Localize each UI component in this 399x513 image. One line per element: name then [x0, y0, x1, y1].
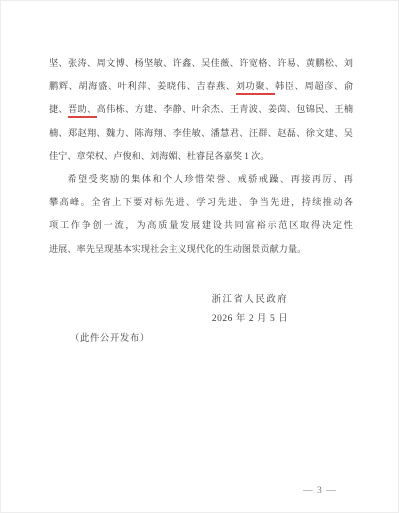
name-list-line: 佳宁、章荣权、卢俊和、刘海媚、杜睿昆各嘉奖 1 次。 — [49, 145, 353, 168]
issuer-signature: 浙江省人民政府 — [187, 291, 313, 310]
name-list-line: 楠、郑赵翔、魏力、陈海翔、李佳敏、潘慧君、汪群、赵磊、徐文建、吴 — [49, 122, 353, 145]
name-list-line: 鹏辉、胡海盛、叶利萍、姜晓伟、吉春燕、刘功聚、韩臣、周超彦、俞 — [49, 75, 353, 98]
name-list-text: 捷、 — [49, 104, 68, 114]
closing-text: 攀高峰。全省上下要对标先进、学习先进、争当先进，持续推动各 — [49, 197, 353, 207]
name-list-text: 鹏辉、胡海盛、叶利萍、姜晓伟、吉春燕、 — [49, 81, 236, 91]
name-list-text: 楠、郑赵翔、魏力、陈海翔、李佳敏、潘慧君、汪群、赵磊、徐文建、吴 — [49, 128, 353, 138]
body-text: 坚、张涛、周文博、杨坚敏、许鑫、吴佳薇、许宽格、许易、黄鹏松、刘 鹏辉、胡海盛、… — [49, 52, 353, 261]
closing-paragraph-line: 进展、率先呈现基本实现社会主义现代化的生动图景贡献力量。 — [49, 238, 353, 261]
name-list-line: 坚、张涛、周文博、杨坚敏、许鑫、吴佳薇、许宽格、许易、黄鹏松、刘 — [49, 52, 353, 75]
signature-block: 浙江省人民政府 2026 年 2 月 5 日 — [187, 291, 313, 328]
red-underlined-name: 晋助、 — [68, 104, 97, 118]
closing-text: 项工作争创一流，为高质量发展建设共同富裕示范区取得决定性 — [49, 220, 353, 230]
public-release-note: （此件公开发布） — [70, 332, 150, 346]
issue-date: 2026 年 2 月 5 日 — [187, 310, 313, 328]
red-underlined-name: 刘功聚、 — [236, 81, 275, 95]
closing-text: 进展、率先呈现基本实现社会主义现代化的生动图景贡献力量。 — [49, 244, 306, 254]
name-list-text: 韩臣、周超彦、俞 — [275, 81, 353, 91]
name-list-text: 佳宁、章荣权、卢俊和、刘海媚、杜睿昆各嘉奖 1 次。 — [49, 151, 270, 161]
closing-text: 希望受奖励的集体和个人珍惜荣誉、戒骄戒躁、再接再厉、再 — [67, 174, 353, 184]
document-page: 坚、张涛、周文博、杨坚敏、许鑫、吴佳薇、许宽格、许易、黄鹏松、刘 鹏辉、胡海盛、… — [0, 0, 399, 513]
closing-paragraph-line: 希望受奖励的集体和个人珍惜荣誉、戒骄戒躁、再接再厉、再 — [49, 168, 353, 191]
name-list-line: 捷、晋助、高伟栋、方建、李静、叶余杰、王青波、姜茵、包锦民、王楠 — [49, 98, 353, 121]
closing-paragraph-line: 攀高峰。全省上下要对标先进、学习先进、争当先进，持续推动各 — [49, 191, 353, 214]
closing-paragraph-line: 项工作争创一流，为高质量发展建设共同富裕示范区取得决定性 — [49, 214, 353, 237]
name-list-text: 坚、张涛、周文博、杨坚敏、许鑫、吴佳薇、许宽格、许易、黄鹏松、刘 — [49, 58, 353, 68]
page-number: — 3 — — [303, 484, 337, 498]
name-list-text: 高伟栋、方建、李静、叶余杰、王青波、姜茵、包锦民、王楠 — [97, 104, 353, 114]
